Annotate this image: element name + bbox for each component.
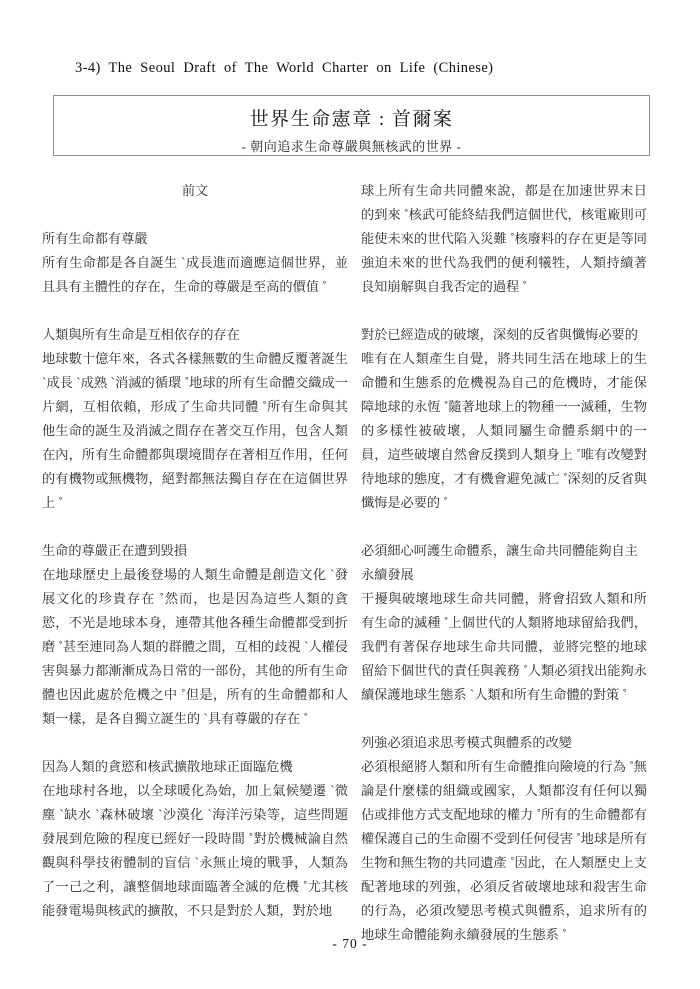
preface-heading: 前文 xyxy=(42,179,348,203)
section-heading: 列強必須追求思考模式與體系的改變 xyxy=(361,731,647,755)
section-nuclear-crisis-continued: 球上所有生命共同體來說，都是在加速世界末日的到來 ˚核武可能終結我們這個世代，核… xyxy=(361,179,647,299)
section-nuclear-crisis: 因為人類的貪慾和核武擴散地球正面臨危機 在地球村各地，以全球暖化為始，加上氣候變… xyxy=(42,755,348,923)
left-column: 前文 所有生命都有尊嚴 所有生命都是各自誕生 ˋ成長進而適應這個世界，並且具有主… xyxy=(42,179,348,923)
section-reflection-repentance: 對於已經造成的破壞，深刻的反省與懺悔必要的 唯有在人類產生自覺，將共同生活在地球… xyxy=(361,323,647,515)
section-dignity-of-life: 所有生命都有尊嚴 所有生命都是各自誕生 ˋ成長進而適應這個世界，並且具有主體性的… xyxy=(42,227,348,299)
document-page: 3-4) The Seoul Draft of The World Charte… xyxy=(0,0,700,989)
section-heading: 所有生命都有尊嚴 xyxy=(42,227,348,251)
section-heading: 因為人類的貪慾和核武擴散地球正面臨危機 xyxy=(42,755,348,779)
section-paragraph: 球上所有生命共同體來說，都是在加速世界末日的到來 ˚核武可能終結我們這個世代，核… xyxy=(361,179,647,299)
charter-title-box: 世界生命憲章 : 首爾案 - 朝向追求生命尊嚴與無核武的世界 - xyxy=(53,95,650,156)
section-paragraph: 唯有在人類產生自覺，將共同生活在地球上的生命體和生態系的危機視為自己的危機時，才… xyxy=(361,347,647,515)
charter-subtitle: - 朝向追求生命尊嚴與無核武的世界 - xyxy=(54,136,649,155)
section-paragraph: 地球數十億年來，各式各樣無數的生命體反覆著誕生 ˋ成長 ˋ成熟 ˋ消滅的循環 ˚… xyxy=(42,347,348,515)
section-sustainable-community: 必須細心呵護生命體系，讓生命共同體能夠自主永續發展 干擾與破壞地球生命共同體，將… xyxy=(361,539,647,707)
charter-title: 世界生命憲章 : 首爾案 xyxy=(54,104,649,131)
section-heading: 對於已經造成的破壞，深刻的反省與懺悔必要的 xyxy=(361,323,647,347)
section-interdependence: 人類與所有生命是互相依存的存在 地球數十億年來，各式各樣無數的生命體反覆著誕生 … xyxy=(42,323,348,515)
section-heading: 生命的尊嚴正在遭到毀損 xyxy=(42,539,348,563)
section-paragraph: 在地球村各地，以全球暖化為始，加上氣候變遷 ˋ微塵 ˋ缺水 ˋ森林破壞 ˋ沙漠化… xyxy=(42,779,348,923)
section-dignity-damaged: 生命的尊嚴正在遭到毀損 在地球歷史上最後登場的人類生命體是創造文化 ˋ發展文化的… xyxy=(42,539,348,731)
page-number: - 70 - xyxy=(0,936,700,952)
document-header-title: 3-4) The Seoul Draft of The World Charte… xyxy=(75,60,493,77)
section-heading: 必須細心呵護生命體系，讓生命共同體能夠自主永續發展 xyxy=(361,539,647,587)
section-paragraph: 必須根絕將人類和所有生命體推向險境的行為 ˚無論是什麼樣的組織或國家，人類都沒有… xyxy=(361,755,647,947)
section-heading: 人類與所有生命是互相依存的存在 xyxy=(42,323,348,347)
right-column: 球上所有生命共同體來說，都是在加速世界末日的到來 ˚核武可能終結我們這個世代，核… xyxy=(361,179,647,947)
section-paragraph: 干擾與破壞地球生命共同體，將會招致人類和所有生命的滅種 ˚上個世代的人類將地球留… xyxy=(361,587,647,707)
section-powers-must-change: 列強必須追求思考模式與體系的改變 必須根絕將人類和所有生命體推向險境的行為 ˚無… xyxy=(361,731,647,947)
section-paragraph: 所有生命都是各自誕生 ˋ成長進而適應這個世界，並且具有主體性的存在，生命的尊嚴是… xyxy=(42,251,348,299)
section-paragraph: 在地球歷史上最後登場的人類生命體是創造文化 ˋ發展文化的珍貴存在 ˚然而，也是因… xyxy=(42,563,348,731)
